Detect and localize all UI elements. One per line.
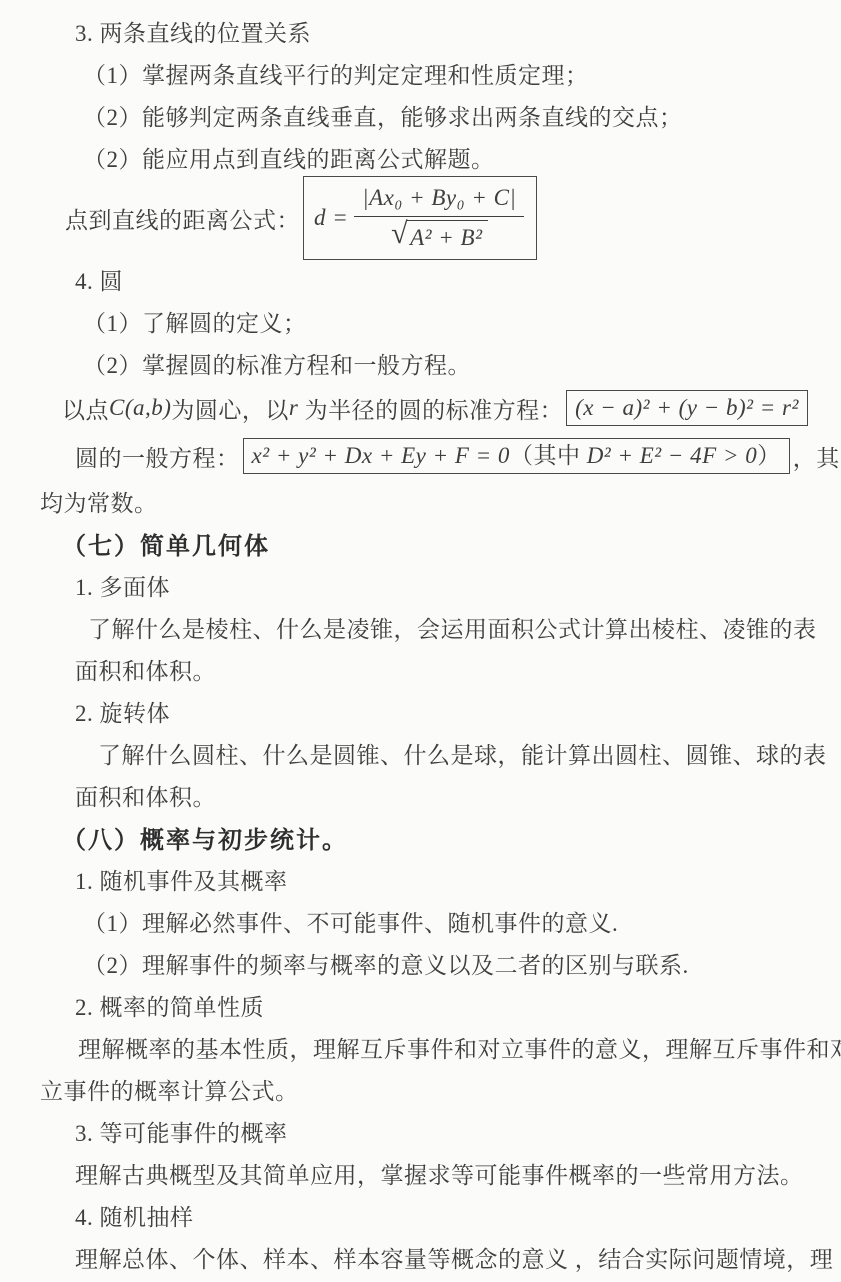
text-run: （其中 (510, 442, 581, 471)
square-root-sign: √ (391, 219, 408, 249)
polyhedron-text-2: 面积和体积。 (40, 648, 803, 690)
polyhedron-heading: 1. 多面体 (40, 564, 803, 606)
text-run: 4. 随机抽样 (75, 1199, 194, 1232)
random-events-sub-1: （1）理解必然事件、不可能事件、随机事件的意义. (40, 900, 803, 942)
text-run: （1）理解必然事件、不可能事件、随机事件的意义. (83, 905, 618, 938)
math-text: D² + E² − 4F > 0 (580, 442, 757, 471)
equally-likely-events-text: 理解古典概型及其简单应用，掌握求等可能事件概率的一些常用方法。 (40, 1152, 803, 1194)
text-run: 面积和体积。 (75, 653, 216, 686)
text-run: 2. 概率的简单性质 (75, 989, 264, 1022)
math-text: r (289, 395, 298, 421)
random-events-sub-2: （2）理解事件的频率与概率的意义以及二者的区别与联系. (40, 942, 803, 984)
math-text: x² + y² + Dx + Ey + F = 0 (252, 442, 510, 471)
text-run: （1）了解圆的定义； (83, 305, 307, 338)
fraction-denominator: √A² + B² (391, 217, 487, 253)
text-run: 1. 随机事件及其概率 (75, 863, 288, 896)
random-sampling-heading: 4. 随机抽样 (40, 1194, 803, 1236)
text-run: 1. 多面体 (75, 569, 170, 602)
item-3-heading: 3. 两条直线的位置关系 (40, 10, 803, 52)
distance-formula-line: 点到直线的距离公式：d =|Ax₀ + By₀ + C|√A² + B² (40, 178, 803, 258)
circle-standard-equation-line: 以点C(a,b)为圆心，以r 为半径的圆的标准方程：(x − a)² + (y … (40, 384, 803, 432)
item-4-sub-2: （2）掌握圆的标准方程和一般方程。 (40, 342, 803, 384)
item-3-sub-2: （2）能够判定两条直线垂直，能够求出两条直线的交点； (40, 94, 803, 136)
text-run: （2）能应用点到直线的距离公式解题。 (83, 141, 495, 174)
radicand: A² + B² (407, 220, 487, 253)
random-events-heading: 1. 随机事件及其概率 (40, 858, 803, 900)
text-run: 3. 等可能事件的概率 (75, 1115, 288, 1148)
text-run: （八）概率与初步统计。 (62, 820, 348, 855)
text-run: 3. 两条直线的位置关系 (75, 15, 311, 48)
circle-general-equation-line: 圆的一般方程：x² + y² + Dx + Ey + F = 0（其中 D² +… (40, 432, 803, 480)
text-run: 点到直线的距离公式： (65, 202, 300, 235)
text-run: 理解概率的基本性质，理解互斥事件和对立事件的意义，理解互斥事件和对 (78, 1031, 841, 1064)
text-run: 为圆心，以 (171, 392, 289, 425)
math-text: (x − a)² + (y − b)² = r² (575, 394, 799, 423)
text-run: 理解古典概型及其简单应用，掌握求等可能事件概率的一些常用方法。 (75, 1157, 804, 1190)
text-run: 立事件的概率计算公式。 (40, 1073, 299, 1106)
equally-likely-events-heading: 3. 等可能事件的概率 (40, 1110, 803, 1152)
fraction: |Ax₀ + By₀ + C|√A² + B² (354, 184, 524, 253)
text-run: （七）简单几何体 (62, 526, 270, 561)
formula-box: (x − a)² + (y − b)² = r² (566, 390, 808, 427)
text-run: 理解总体、个体、样本、样本容量等概念的意义 ，结合实际问题情境，理 (75, 1241, 833, 1274)
random-sampling-text: 理解总体、个体、样本、样本容量等概念的意义 ，结合实际问题情境，理 (40, 1236, 803, 1278)
revolution-solid-text-2: 面积和体积。 (40, 774, 803, 816)
text-run: 4. 圆 (75, 263, 123, 296)
formula-lead: d = (314, 204, 348, 233)
section-7-heading: （七）简单几何体 (40, 522, 803, 564)
polyhedron-text-1: 了解什么是棱柱、什么是凌锥，会运用面积公式计算出棱柱、凌锥的表 (40, 606, 803, 648)
item-3-sub-3: （2）能应用点到直线的距离公式解题。 (40, 136, 803, 178)
math-text: C(a,b) (109, 395, 171, 421)
text-run: 2. 旋转体 (75, 695, 170, 728)
item-4-sub-1: （1）了解圆的定义； (40, 300, 803, 342)
text-run: 以点 (62, 392, 109, 425)
formula-box: x² + y² + Dx + Ey + F = 0（其中 D² + E² − 4… (243, 438, 790, 475)
circle-general-equation-continuation: 均为常数。 (40, 480, 803, 522)
text-run: 面积和体积。 (75, 779, 216, 812)
text-run: 均为常数。 (40, 485, 158, 518)
section-8-heading: （八）概率与初步统计。 (40, 816, 803, 858)
document-body: 3. 两条直线的位置关系（1）掌握两条直线平行的判定定理和性质定理；（2）能够判… (40, 10, 803, 1278)
text-run: 了解什么是棱柱、什么是凌锥，会运用面积公式计算出棱柱、凌锥的表 (88, 611, 817, 644)
revolution-solid-heading: 2. 旋转体 (40, 690, 803, 732)
item-4-heading: 4. 圆 (40, 258, 803, 300)
text-run: 为半径的圆的标准方程： (298, 392, 563, 425)
distance-formula-box: d =|Ax₀ + By₀ + C|√A² + B² (303, 176, 537, 261)
probability-properties-text-1: 理解概率的基本性质，理解互斥事件和对立事件的意义，理解互斥事件和对 (40, 1026, 803, 1068)
text-run: （2）能够判定两条直线垂直，能够求出两条直线的交点； (83, 99, 683, 132)
text-run: （1）掌握两条直线平行的判定定理和性质定理； (83, 57, 589, 90)
fraction-numerator: |Ax₀ + By₀ + C| (354, 184, 524, 217)
text-run: （2）掌握圆的标准方程和一般方程。 (83, 347, 471, 380)
revolution-solid-text-1: 了解什么圆柱、什么是圆锥、什么是球，能计算出圆柱、圆锥、球的表 (40, 732, 803, 774)
document-page: 3. 两条直线的位置关系（1）掌握两条直线平行的判定定理和性质定理；（2）能够判… (0, 0, 841, 1282)
text-run: 了解什么圆柱、什么是圆锥、什么是球，能计算出圆柱、圆锥、球的表 (98, 737, 827, 770)
item-3-sub-1: （1）掌握两条直线平行的判定定理和性质定理； (40, 52, 803, 94)
text-run: ，其中 (793, 440, 841, 473)
probability-properties-text-2: 立事件的概率计算公式。 (40, 1068, 803, 1110)
text-run: （2）理解事件的频率与概率的意义以及二者的区别与联系. (83, 947, 689, 980)
text-run: 圆的一般方程： (75, 440, 240, 473)
probability-properties-heading: 2. 概率的简单性质 (40, 984, 803, 1026)
text-run: ） (757, 442, 781, 471)
